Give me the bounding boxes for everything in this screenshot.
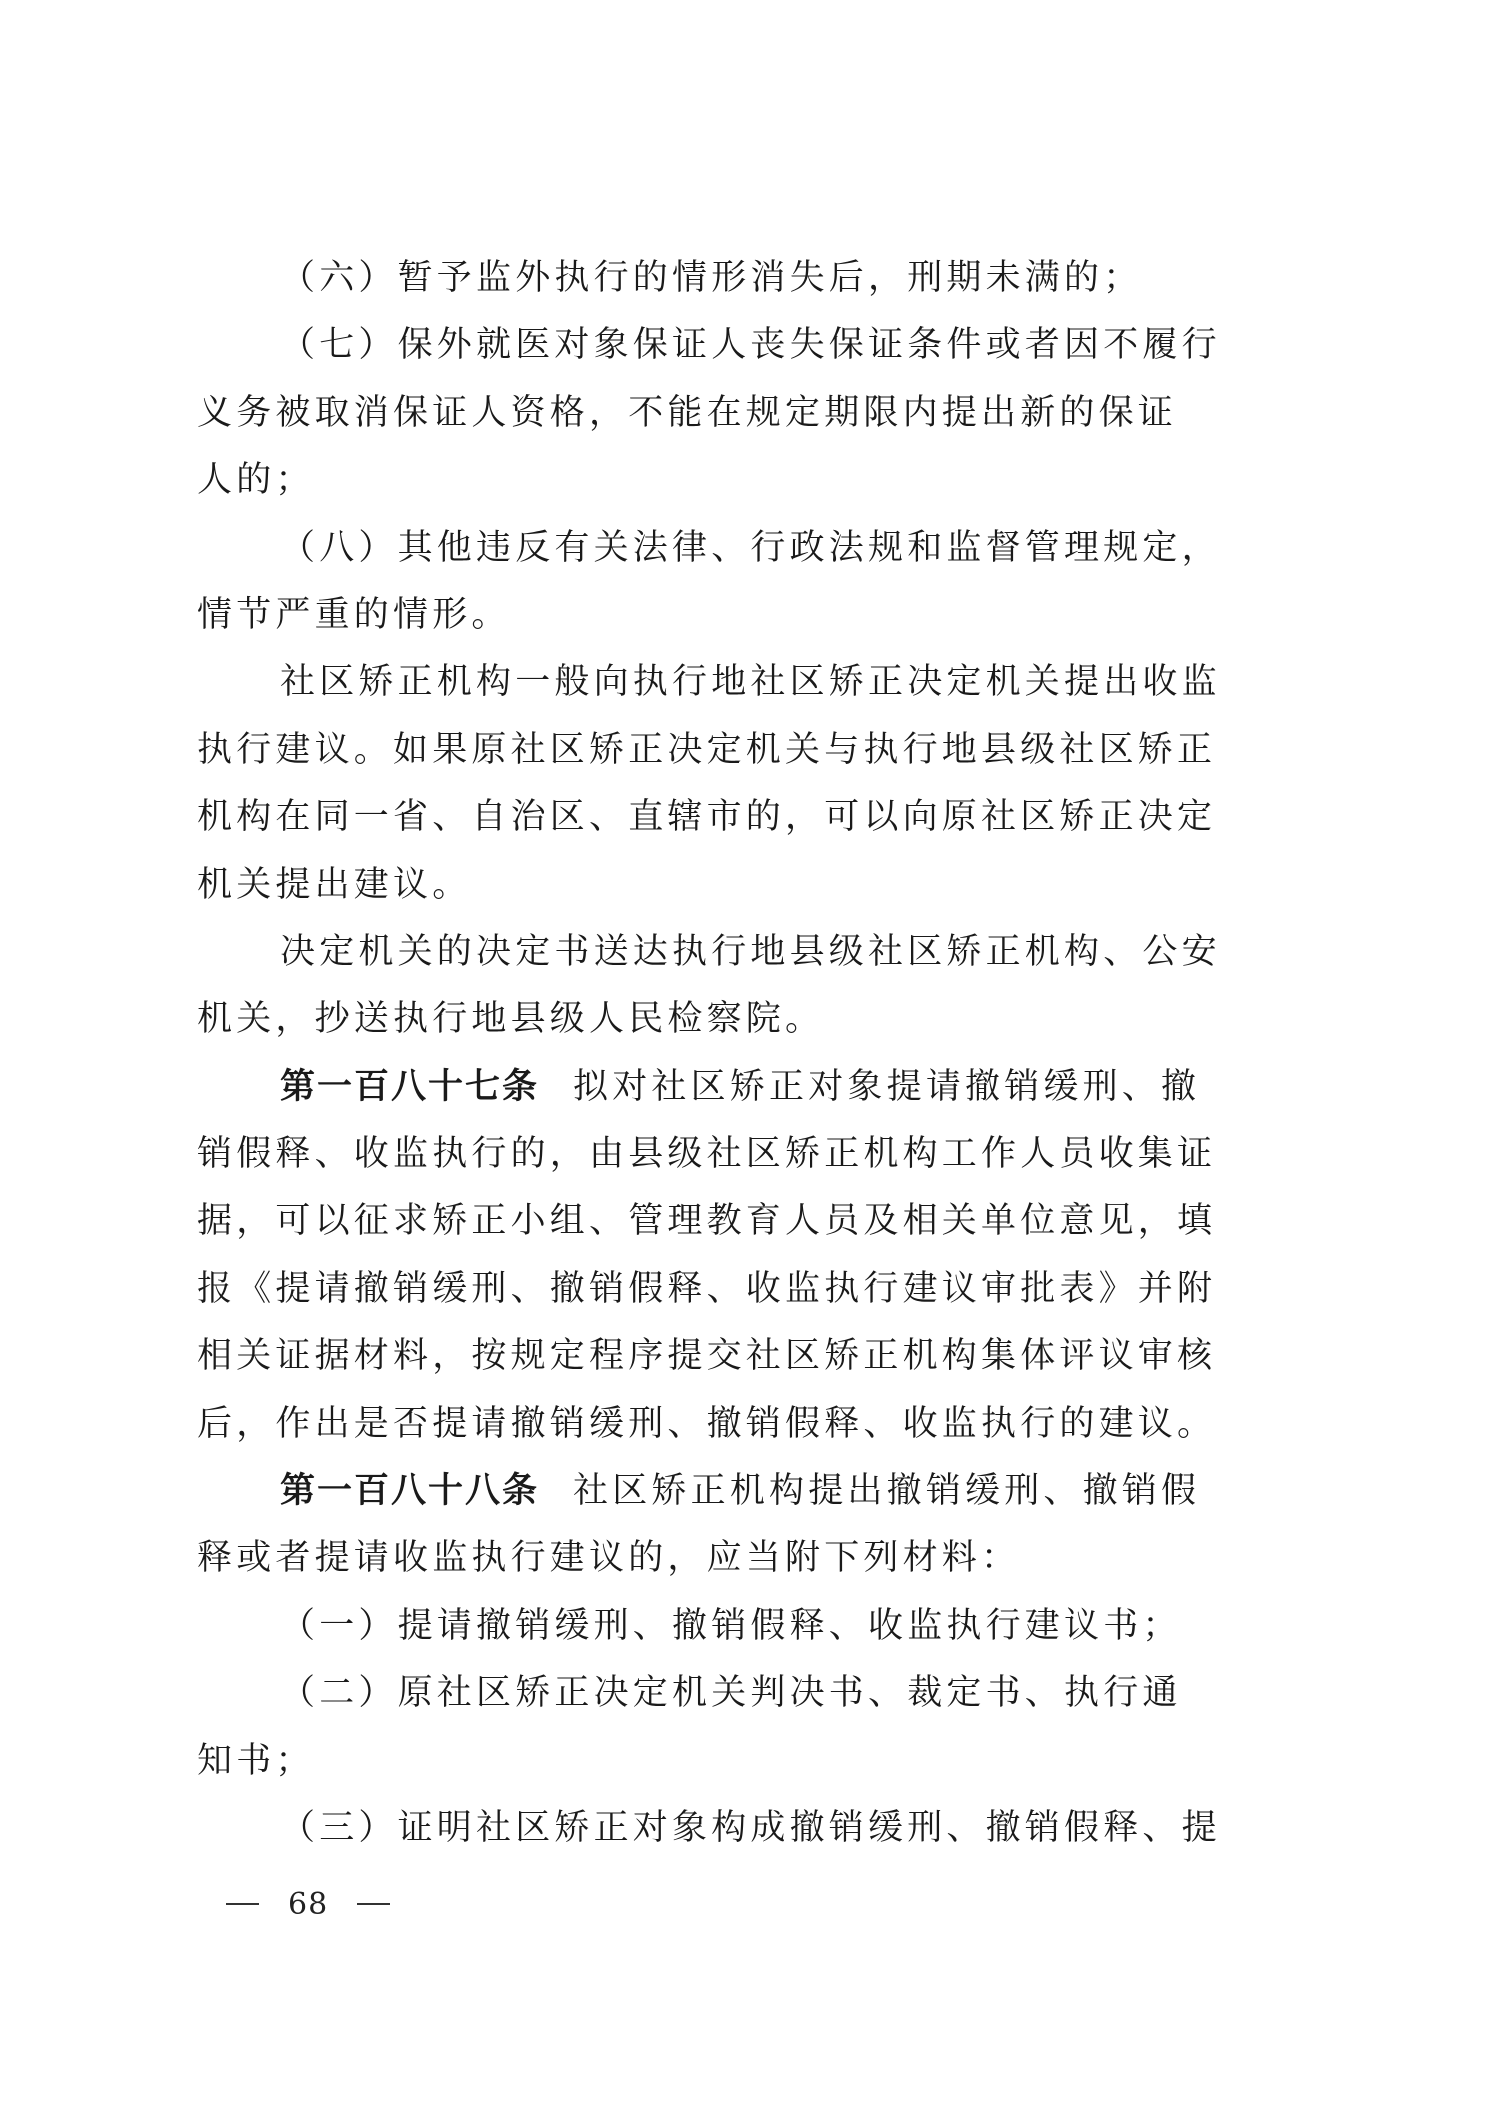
article-heading: 第一百八十八条 xyxy=(280,1471,539,1511)
paragraph-line: （二）原社区矫正决定机关判决书、裁定书、执行通 xyxy=(197,1660,1297,1727)
line-text: 据，可以征求矫正小组、管理教育人员及相关单位意见，填 xyxy=(197,1201,1216,1241)
line-text: 机关提出建议。 xyxy=(197,865,471,905)
paragraph-line: 情节严重的情形。 xyxy=(197,582,1297,649)
line-text: （七）保外就医对象保证人丧失保证条件或者因不履行 xyxy=(280,325,1221,365)
line-text: 义务被取消保证人资格，不能在规定期限内提出新的保证 xyxy=(197,393,1177,433)
line-text: 社区矫正机构提出撤销缓刑、撤销假 xyxy=(573,1471,1200,1511)
dash-left xyxy=(226,1903,259,1905)
line-text: （一）提请撤销缓刑、撤销假释、收监执行建议书； xyxy=(280,1606,1182,1646)
line-text: （八）其他违反有关法律、行政法规和监督管理规定， xyxy=(280,528,1221,568)
paragraph-line: 社区矫正机构一般向执行地社区矫正决定机关提出收监 xyxy=(197,649,1297,716)
dash-right xyxy=(357,1903,390,1905)
article-187-first-line: 第一百八十七条拟对社区矫正对象提请撤销缓刑、撤 xyxy=(197,1054,1297,1121)
paragraph-line: 机关，抄送执行地县级人民检察院。 xyxy=(197,986,1297,1053)
paragraph-line: （六）暂予监外执行的情形消失后，刑期未满的； xyxy=(197,245,1297,312)
paragraph-line: （七）保外就医对象保证人丧失保证条件或者因不履行 xyxy=(197,312,1297,379)
line-text: （三）证明社区矫正对象构成撤销缓刑、撤销假释、提 xyxy=(280,1808,1221,1848)
paragraph-line: 人的； xyxy=(197,447,1297,514)
line-text: 后，作出是否提请撤销缓刑、撤销假释、收监执行的建议。 xyxy=(197,1404,1216,1444)
document-body: （六）暂予监外执行的情形消失后，刑期未满的； （七）保外就医对象保证人丧失保证条… xyxy=(197,245,1297,1862)
line-text: 知书； xyxy=(197,1741,315,1781)
paragraph-line: 执行建议。如果原社区矫正决定机关与执行地县级社区矫正 xyxy=(197,717,1297,784)
article-heading: 第一百八十七条 xyxy=(280,1067,539,1107)
paragraph-line: （八）其他违反有关法律、行政法规和监督管理规定， xyxy=(197,515,1297,582)
line-text: （二）原社区矫正决定机关判决书、裁定书、执行通 xyxy=(280,1673,1182,1713)
line-text: 机构在同一省、自治区、直辖市的，可以向原社区矫正决定 xyxy=(197,797,1216,837)
line-text: 拟对社区矫正对象提请撤销缓刑、撤 xyxy=(573,1067,1200,1107)
line-text: 社区矫正机构一般向执行地社区矫正决定机关提出收监 xyxy=(280,662,1221,702)
paragraph-line: （三）证明社区矫正对象构成撤销缓刑、撤销假释、提 xyxy=(197,1795,1297,1862)
article-188-first-line: 第一百八十八条社区矫正机构提出撤销缓刑、撤销假 xyxy=(197,1458,1297,1525)
page-number: 68 xyxy=(226,1886,390,1922)
paragraph-line: 决定机关的决定书送达执行地县级社区矫正机构、公安 xyxy=(197,919,1297,986)
paragraph-line: （一）提请撤销缓刑、撤销假释、收监执行建议书； xyxy=(197,1593,1297,1660)
paragraph-line: 机构在同一省、自治区、直辖市的，可以向原社区矫正决定 xyxy=(197,784,1297,851)
line-text: 销假释、收监执行的，由县级社区矫正机构工作人员收集证 xyxy=(197,1134,1216,1174)
line-text: 释或者提请收监执行建议的，应当附下列材料： xyxy=(197,1538,1020,1578)
page-number-value: 68 xyxy=(288,1887,328,1922)
line-text: 执行建议。如果原社区矫正决定机关与执行地县级社区矫正 xyxy=(197,730,1216,770)
paragraph-line: 机关提出建议。 xyxy=(197,852,1297,919)
paragraph-line: 后，作出是否提请撤销缓刑、撤销假释、收监执行的建议。 xyxy=(197,1391,1297,1458)
paragraph-line: 相关证据材料，按规定程序提交社区矫正机构集体评议审核 xyxy=(197,1323,1297,1390)
line-text: 人的； xyxy=(197,460,315,500)
paragraph-line: 报《提请撤销缓刑、撤销假释、收监执行建议审批表》并附 xyxy=(197,1256,1297,1323)
paragraph-line: 销假释、收监执行的，由县级社区矫正机构工作人员收集证 xyxy=(197,1121,1297,1188)
line-text: 决定机关的决定书送达执行地县级社区矫正机构、公安 xyxy=(280,932,1221,972)
paragraph-line: 据，可以征求矫正小组、管理教育人员及相关单位意见，填 xyxy=(197,1188,1297,1255)
line-text: 机关，抄送执行地县级人民检察院。 xyxy=(197,999,824,1039)
line-text: 情节严重的情形。 xyxy=(197,595,511,635)
line-text: 报《提请撤销缓刑、撤销假释、收监执行建议审批表》并附 xyxy=(197,1269,1216,1309)
paragraph-line: 知书； xyxy=(197,1728,1297,1795)
paragraph-line: 义务被取消保证人资格，不能在规定期限内提出新的保证 xyxy=(197,380,1297,447)
line-text: 相关证据材料，按规定程序提交社区矫正机构集体评议审核 xyxy=(197,1336,1216,1376)
line-text: （六）暂予监外执行的情形消失后，刑期未满的； xyxy=(280,258,1142,298)
paragraph-line: 释或者提请收监执行建议的，应当附下列材料： xyxy=(197,1525,1297,1592)
